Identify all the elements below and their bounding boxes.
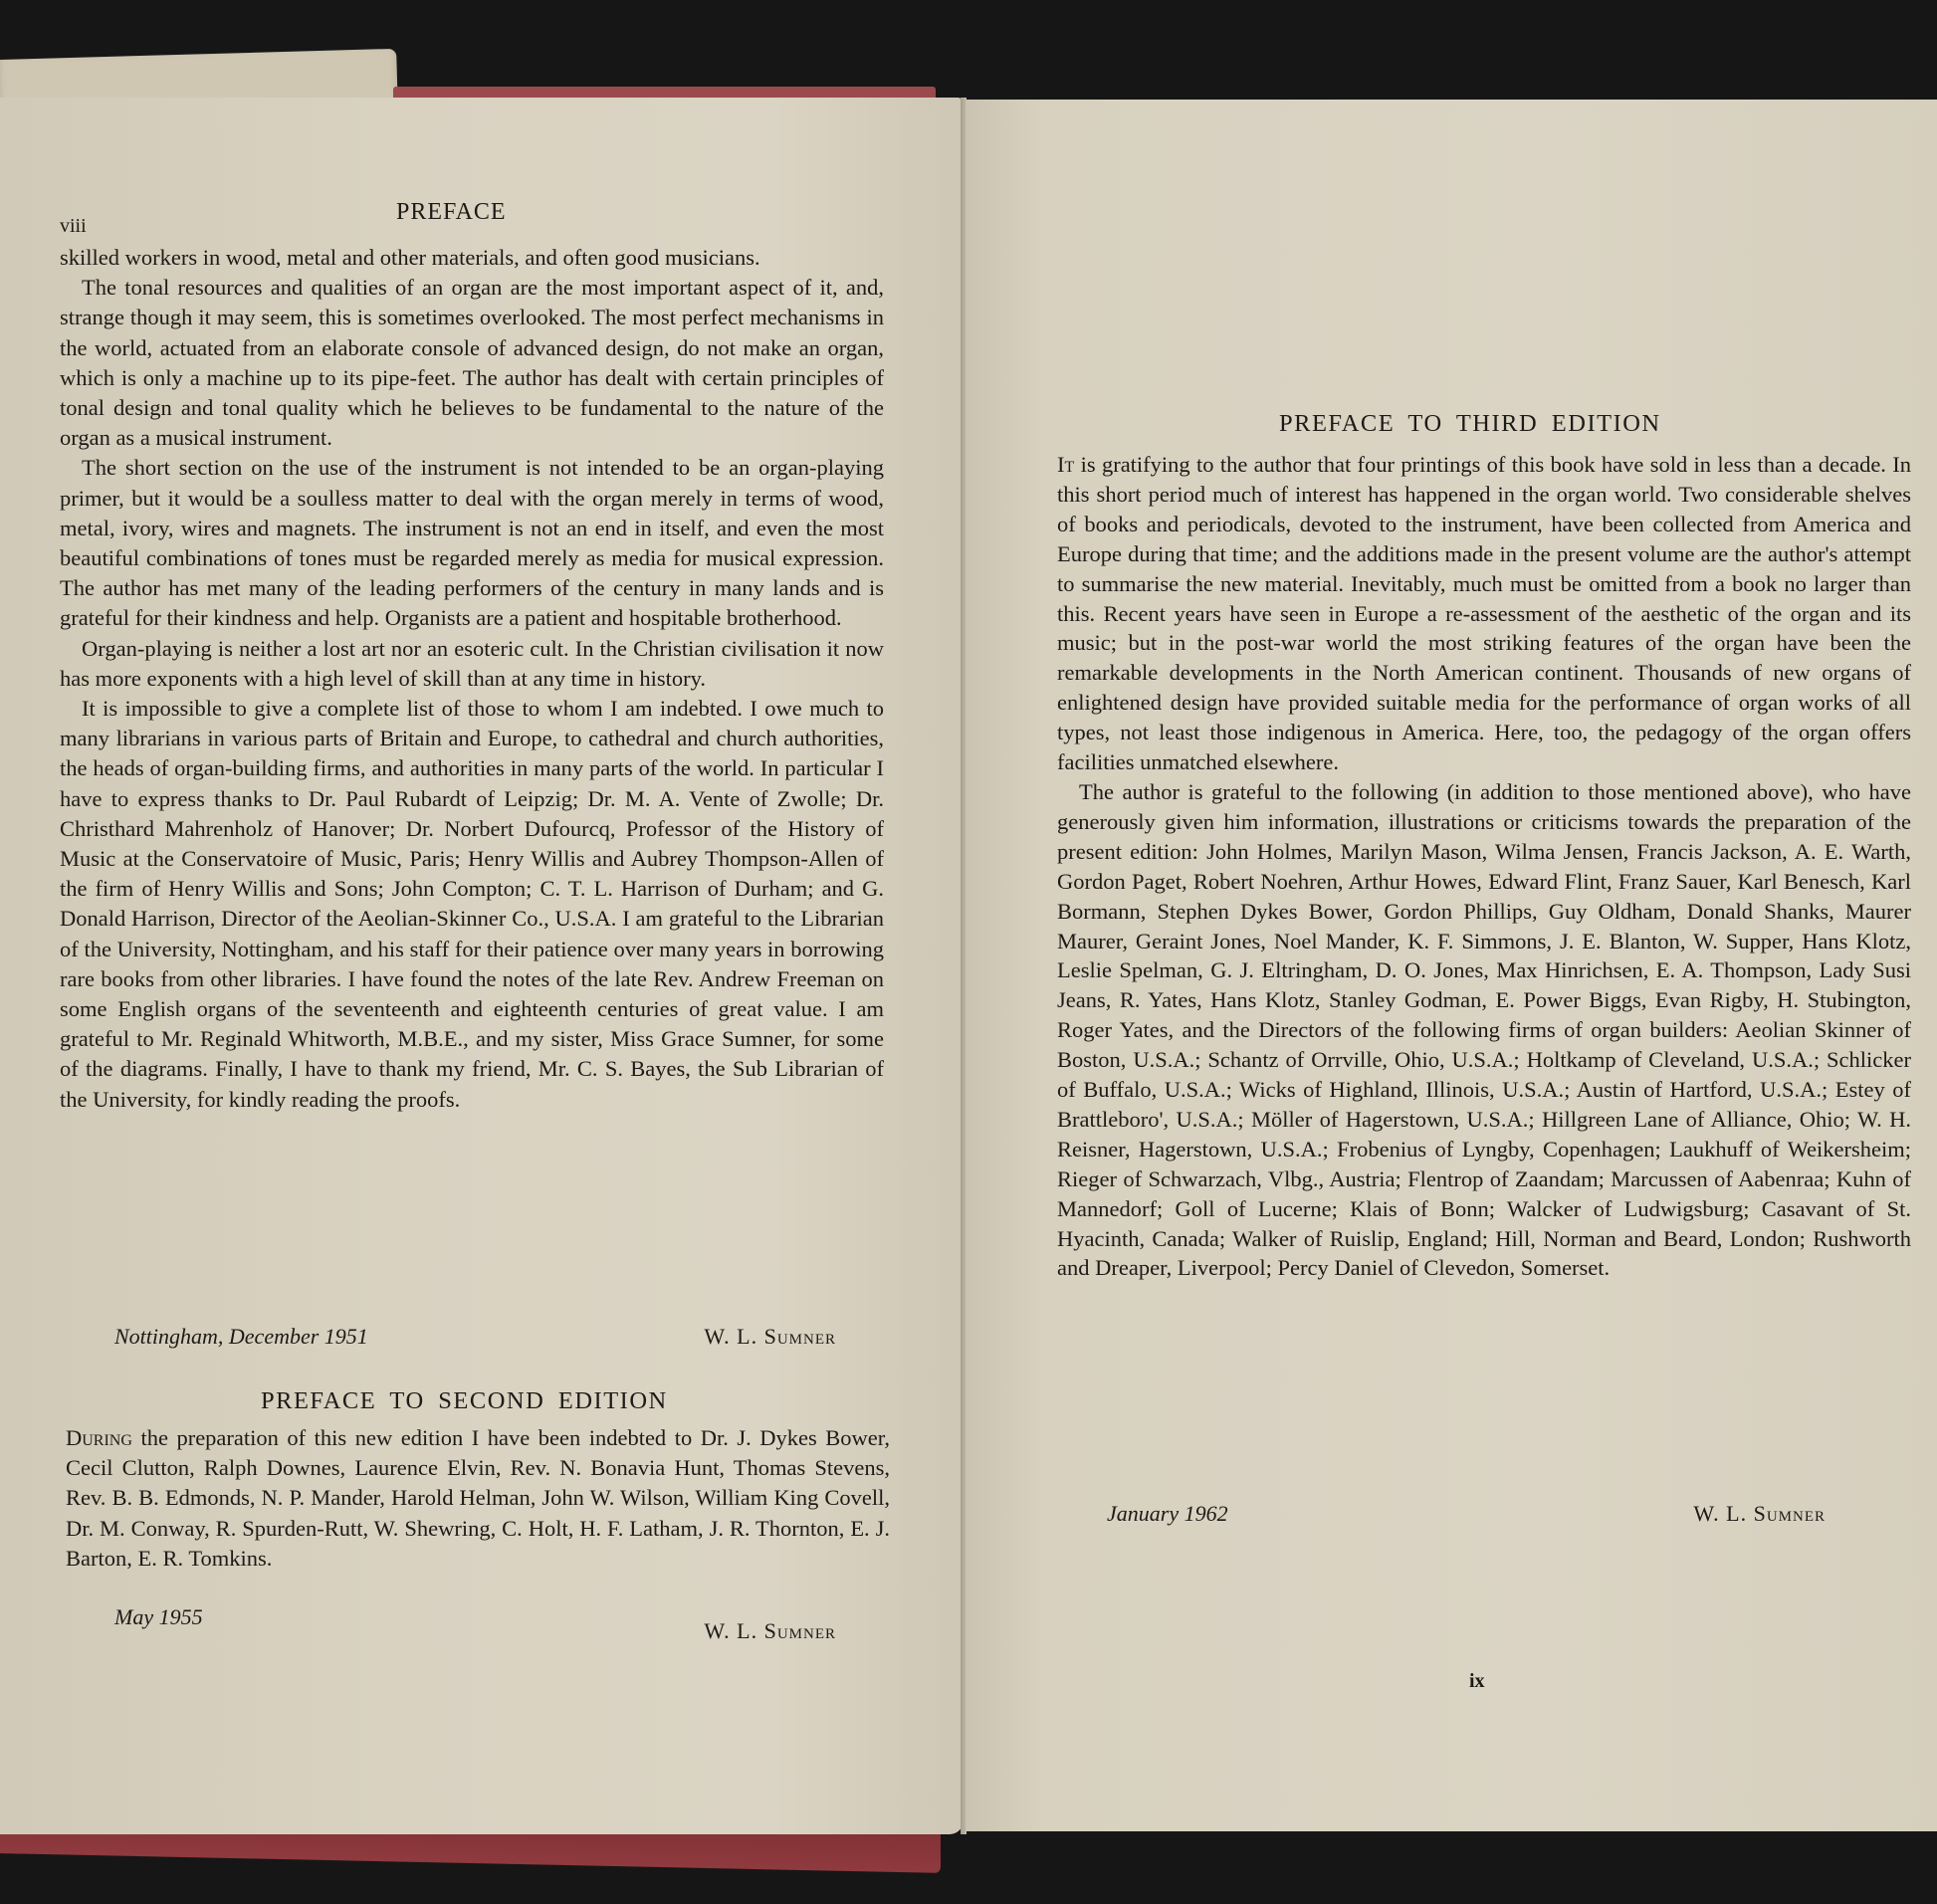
- signature-name: W. L. Sumner: [1693, 1501, 1826, 1527]
- running-head: PREFACE: [396, 199, 507, 226]
- paragraph-text: the preparation of this new edition I ha…: [66, 1425, 890, 1571]
- preface-first-body: skilled workers in wood, metal and other…: [60, 243, 884, 1115]
- paragraph-text: is gratifying to the author that four pr…: [1057, 452, 1911, 774]
- preface-second-body: During the preparation of this new editi…: [66, 1423, 890, 1574]
- section-title-second-edition: PREFACE TO SECOND EDITION: [261, 1387, 668, 1415]
- paragraph: The short section on the use of the inst…: [60, 453, 884, 633]
- signature-date: May 1955: [114, 1604, 203, 1630]
- paragraph: During the preparation of this new editi…: [66, 1423, 890, 1574]
- book-photo: viii PREFACE skilled workers in wood, me…: [0, 0, 1937, 1904]
- section-title-third-edition: PREFACE TO THIRD EDITION: [1279, 410, 1661, 438]
- paragraph: It is gratifying to the author that four…: [1057, 450, 1911, 777]
- left-page: viii PREFACE skilled workers in wood, me…: [0, 98, 964, 1834]
- signature-third-edition: January 1962 W. L. Sumner: [1107, 1501, 1826, 1527]
- lead-word: It: [1057, 452, 1074, 477]
- signature-second-edition: May 1955 W. L. Sumner: [114, 1604, 836, 1630]
- signature-name: W. L. Sumner: [704, 1618, 836, 1644]
- page-number-right: ix: [1469, 1670, 1485, 1693]
- page-number-left: viii: [60, 215, 87, 238]
- paragraph: It is impossible to give a complete list…: [60, 694, 884, 1115]
- signature-date: January 1962: [1107, 1501, 1228, 1527]
- signature-name: W. L. Sumner: [704, 1324, 836, 1350]
- lead-word: During: [66, 1425, 132, 1450]
- right-page: PREFACE TO THIRD EDITION It is gratifyin…: [964, 100, 1937, 1831]
- paragraph: The tonal resources and qualities of an …: [60, 273, 884, 453]
- paragraph: skilled workers in wood, metal and other…: [60, 243, 884, 273]
- preface-third-body: It is gratifying to the author that four…: [1057, 450, 1911, 1283]
- paragraph: The author is grateful to the following …: [1057, 777, 1911, 1283]
- signature-first-edition: Nottingham, December 1951 W. L. Sumner: [114, 1324, 836, 1350]
- signature-place-date: Nottingham, December 1951: [114, 1324, 368, 1350]
- paragraph: Organ-playing is neither a lost art nor …: [60, 634, 884, 694]
